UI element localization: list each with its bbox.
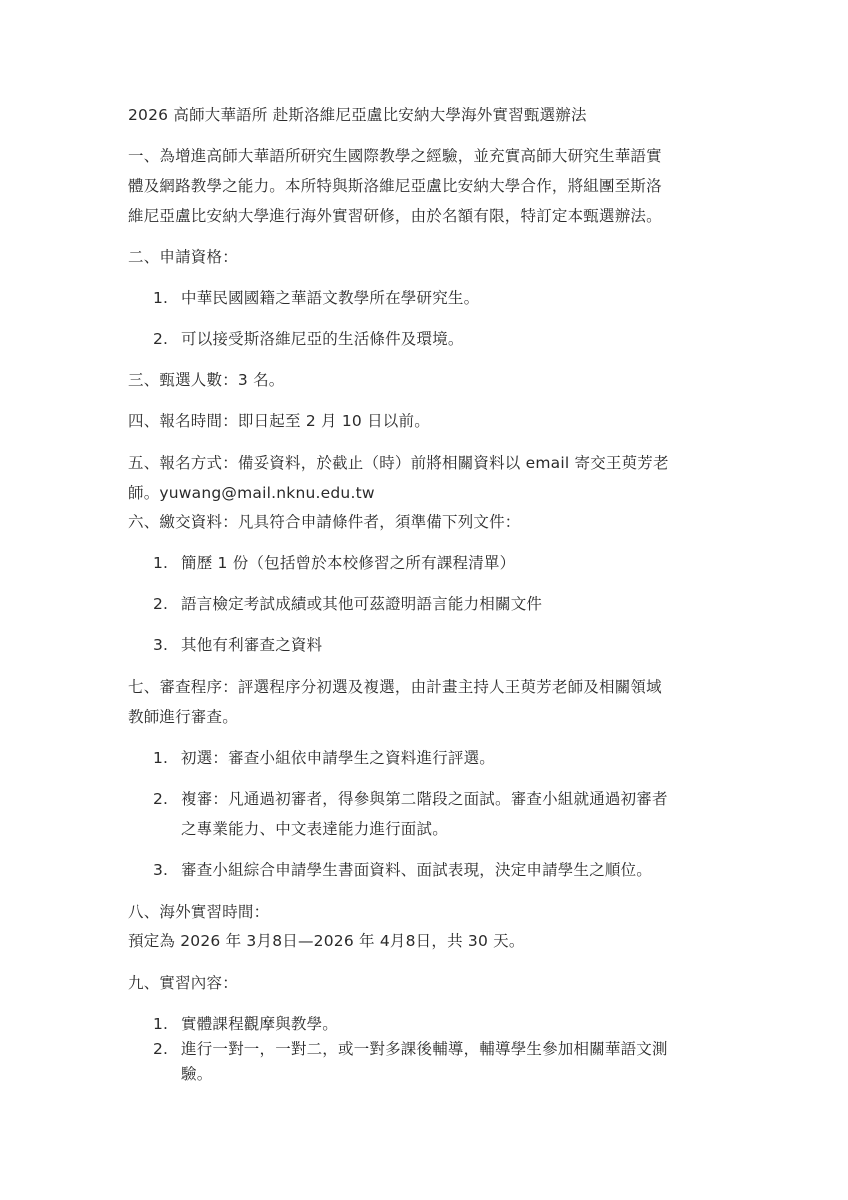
list-number: 1.	[153, 288, 181, 308]
section-3: 三、甄選人數：3 名。	[128, 370, 285, 390]
section-9-heading: 九、實習內容：	[128, 973, 238, 993]
section-5-line-1: 五、報名方式：備妥資料，於截止（時）前將相關資料以 email 寄交王萸芳老	[128, 453, 669, 473]
section-1-line-1: 一、為增進高師大華語所研究生國際教學之經驗，並充實高師大研究生華語實	[128, 146, 662, 166]
section-7-line-1: 七、審查程序：評選程序分初選及複選，由計畫主持人王萸芳老師及相關領域	[128, 677, 662, 697]
list-number: 1.	[153, 1014, 181, 1034]
list-text: 進行一對一，一對二，或一對多課後輔導，輔導學生參加相關華語文測	[181, 1040, 668, 1058]
section-6-heading: 六、繳交資料：凡具符合申請條件者，須準備下列文件：	[128, 512, 521, 532]
list-number: 1.	[153, 553, 181, 573]
list-item: 3.其他有利審查之資料	[153, 635, 322, 655]
section-7-line-2: 教師進行審查。	[128, 707, 238, 727]
list-item: 1.初選：審查小組依申請學生之資料進行評選。	[153, 748, 495, 768]
list-number: 3.	[153, 860, 181, 880]
list-text: 簡歷 1 份（包括曾於本校修習之所有課程清單）	[181, 554, 515, 572]
list-number: 1.	[153, 748, 181, 768]
list-number: 2.	[153, 1039, 181, 1059]
section-8-heading: 八、海外實習時間：	[128, 902, 269, 922]
section-2-heading: 二、申請資格：	[128, 247, 238, 267]
document-page: 2026 高師大華語所 赴斯洛維尼亞盧比安納大學海外實習甄選辦法 一、為增進高師…	[0, 0, 848, 1200]
list-item: 2.可以接受斯洛維尼亞的生活條件及環境。	[153, 329, 464, 349]
list-text: 中華民國國籍之華語文教學所在學研究生。	[181, 289, 479, 307]
list-text: 複審：凡通過初審者，得參與第二階段之面試。審查小組就通過初審者	[181, 790, 668, 808]
list-number: 2.	[153, 789, 181, 809]
list-text: 其他有利審查之資料	[181, 636, 322, 654]
list-item: 1.簡歷 1 份（包括曾於本校修習之所有課程清單）	[153, 553, 515, 573]
list-number: 2.	[153, 329, 181, 349]
list-item: 3.審查小組綜合申請學生書面資料、面試表現，決定申請學生之順位。	[153, 860, 652, 880]
section-4: 四、報名時間：即日起至 2 月 10 日以前。	[128, 411, 430, 431]
document-title: 2026 高師大華語所 赴斯洛維尼亞盧比安納大學海外實習甄選辦法	[128, 105, 587, 125]
list-item: 2.複審：凡通過初審者，得參與第二階段之面試。審查小組就通過初審者	[153, 789, 668, 809]
section-5-line-2: 師。yuwang@mail.nknu.edu.tw	[128, 483, 375, 503]
list-item: 1.中華民國國籍之華語文教學所在學研究生。	[153, 288, 479, 308]
section-1-line-2: 體及網路教學之能力。本所特與斯洛維尼亞盧比安納大學合作，將組團至斯洛	[128, 176, 662, 196]
section-8-text: 預定為 2026 年 3月8日—2026 年 4月8日，共 30 天。	[128, 931, 525, 951]
list-text: 審查小組綜合申請學生書面資料、面試表現，決定申請學生之順位。	[181, 861, 652, 879]
list-item: 1.實體課程觀摩與教學。	[153, 1014, 338, 1034]
list-number: 2.	[153, 594, 181, 614]
list-item: 2.進行一對一，一對二，或一對多課後輔導，輔導學生參加相關華語文測	[153, 1039, 668, 1059]
list-text: 可以接受斯洛維尼亞的生活條件及環境。	[181, 330, 464, 348]
list-text: 實體課程觀摩與教學。	[181, 1015, 338, 1033]
list-number: 3.	[153, 635, 181, 655]
section-1-line-3: 維尼亞盧比安納大學進行海外實習研修，由於名額有限，特訂定本甄選辦法。	[128, 206, 662, 226]
list-item: 2.語言檢定考試成績或其他可茲證明語言能力相關文件	[153, 594, 542, 614]
list-item-continuation: 之專業能力、中文表達能力進行面試。	[181, 819, 448, 839]
list-item-continuation: 驗。	[181, 1064, 212, 1084]
list-text: 語言檢定考試成績或其他可茲證明語言能力相關文件	[181, 595, 542, 613]
list-text: 初選：審查小組依申請學生之資料進行評選。	[181, 749, 495, 767]
